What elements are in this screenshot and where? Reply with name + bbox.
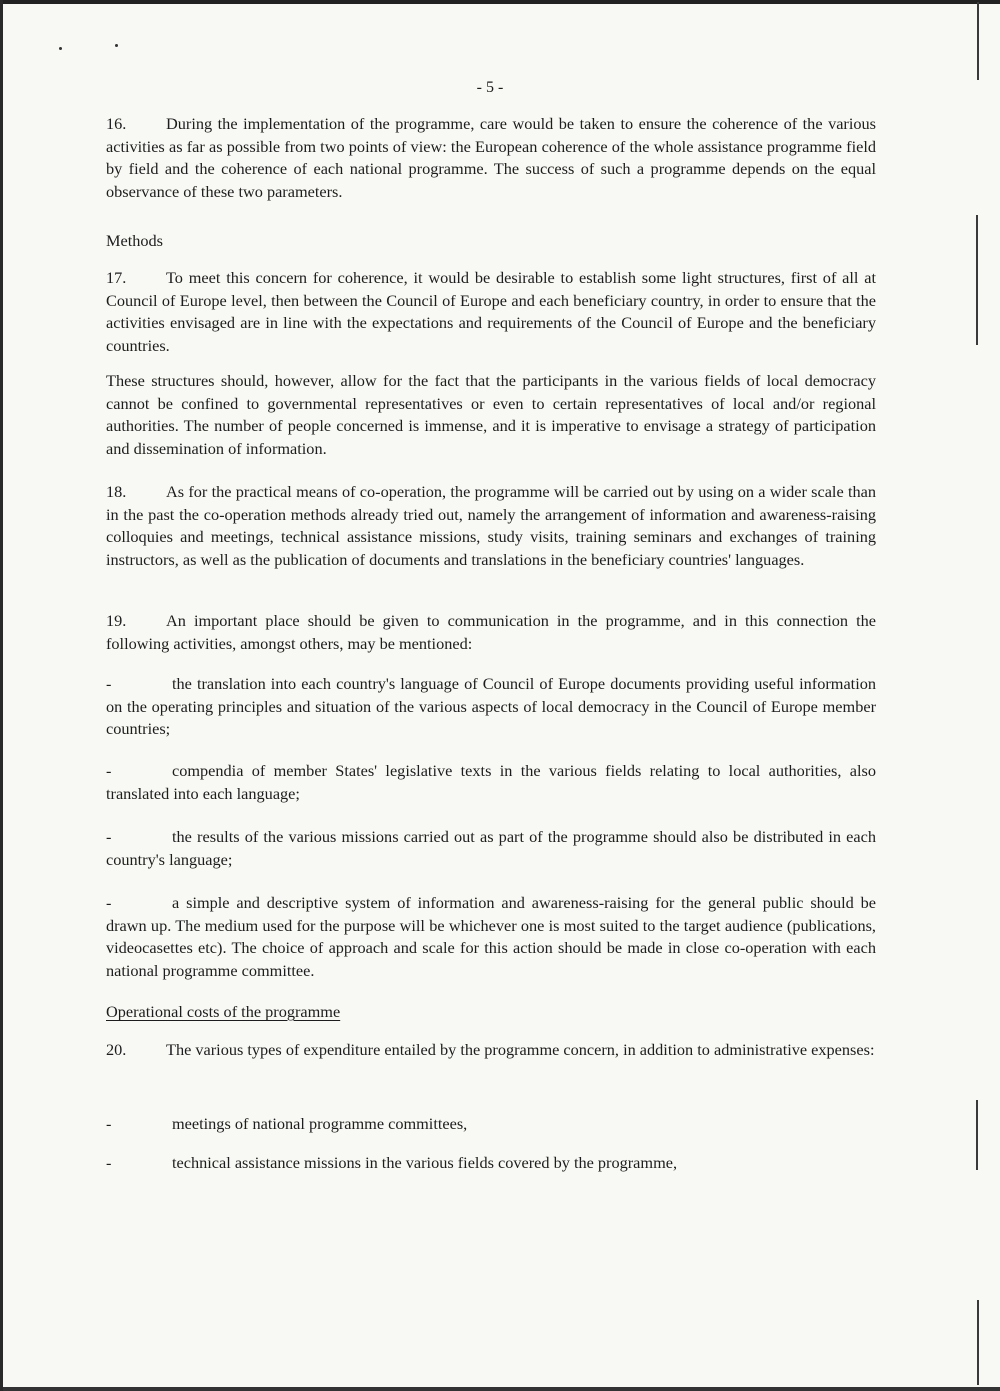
list-item: -the translation into each country's lan… [106,673,876,741]
paragraph-number: 20. [106,1039,166,1062]
paragraph-text: As for the practical means of co-operati… [106,482,876,569]
dash-bullet: - [106,826,172,849]
paragraph-number: 16. [106,113,166,136]
dash-bullet: - [106,1113,172,1136]
paragraph-number: 18. [106,481,166,504]
paragraph-17-continued: These structures should, however, allow … [106,370,876,460]
paragraph-number: 19. [106,610,166,633]
dash-bullet: - [106,760,172,783]
list-item: -compendia of member States' legislative… [106,760,876,805]
paragraph-text: The various types of expenditure entaile… [166,1040,874,1059]
paragraph-text: These structures should, however, allow … [106,371,876,458]
paragraph-number: 17. [106,267,166,290]
list-item: -the results of the various missions car… [106,826,876,871]
scan-speck [115,44,118,47]
scan-speck [59,47,62,50]
section-heading-methods: Methods [106,231,163,251]
list-item: -meetings of national programme committe… [106,1113,876,1136]
paragraph-17: 17.To meet this concern for coherence, i… [106,267,876,357]
scan-margin-line [976,215,978,345]
section-heading-operational-costs: Operational costs of the programme [106,1002,340,1022]
list-item-text: technical assistance missions in the var… [172,1153,677,1172]
document-page: - 5 - 16.During the implementation of th… [0,0,1000,1391]
scan-border-left [0,0,3,1391]
page-number: - 5 - [0,79,980,97]
scan-border-bottom [0,1387,1000,1391]
list-item: -technical assistance missions in the va… [106,1152,876,1175]
list-item: -a simple and descriptive system of info… [106,892,876,982]
dash-bullet: - [106,892,172,915]
paragraph-20: 20.The various types of expenditure enta… [106,1039,876,1062]
paragraph-18: 18.As for the practical means of co-oper… [106,481,876,571]
scan-margin-line [977,2,979,80]
list-item-text: the translation into each country's lang… [106,674,876,738]
list-item-text: the results of the various missions carr… [106,827,876,869]
list-item-text: compendia of member States' legislative … [106,761,876,803]
paragraph-text: An important place should be given to co… [106,611,876,653]
paragraph-text: During the implementation of the program… [106,114,876,201]
scan-margin-line [976,1100,978,1170]
dash-bullet: - [106,673,172,696]
paragraph-text: To meet this concern for coherence, it w… [106,268,876,355]
paragraph-16: 16.During the implementation of the prog… [106,113,876,203]
scan-margin-line [977,1300,979,1385]
list-item-text: meetings of national programme committee… [172,1114,467,1133]
list-item-text: a simple and descriptive system of infor… [106,893,876,980]
dash-bullet: - [106,1152,172,1175]
scan-border-top [0,0,1000,4]
paragraph-19: 19.An important place should be given to… [106,610,876,655]
